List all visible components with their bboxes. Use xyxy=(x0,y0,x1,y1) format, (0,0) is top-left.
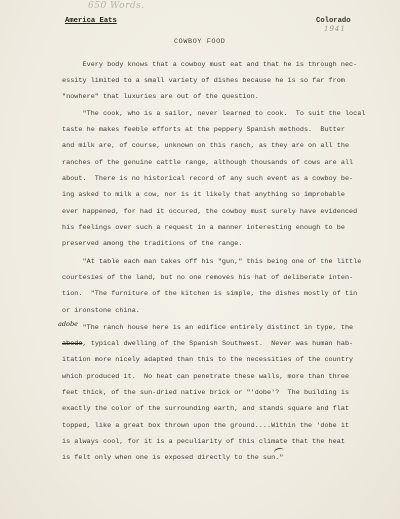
text-line: and milk are, of course, unknown on this… xyxy=(62,142,349,150)
text-line: is always cool, for it is a peculiarity … xyxy=(62,438,345,446)
header-state: Colorado xyxy=(316,17,351,25)
text-line: tion. "The furniture of the kitchen is s… xyxy=(62,290,357,298)
text-line: abode, typical dwelling of the Spanish S… xyxy=(62,340,353,348)
text-line: which produced it. No heat can penetrate… xyxy=(62,373,349,381)
text-line: Every body knows that a cowboy must eat … xyxy=(62,61,357,69)
struck-word: abode xyxy=(62,340,83,348)
text-line: topped, like a great box thrown upon the… xyxy=(62,422,349,430)
text-line: or ironstone china. xyxy=(62,307,140,315)
document-title: COWBOY FOOD xyxy=(174,38,225,46)
text-line: about. There is no historical record of … xyxy=(62,175,353,183)
handwritten-year: 1941 xyxy=(324,25,346,33)
document-page: 650 Words. America Eats Colorado 1941 CO… xyxy=(0,0,400,519)
header-series-title: America Eats xyxy=(65,17,117,25)
text-line: ever happened, for had it occured, the c… xyxy=(62,208,357,216)
text-line: ranches of the genuine cattle range, alt… xyxy=(62,159,353,167)
text-line: "At table each man takes off his "gun," … xyxy=(62,258,361,266)
text-line: ing asked to milk a cow, nor is it likel… xyxy=(62,191,345,199)
text-line: his feelings over such a request in a ma… xyxy=(62,224,345,232)
text-line: essity limited to a small variety of dis… xyxy=(62,77,345,85)
text-line: feet thick, of the sun-dried native bric… xyxy=(62,389,349,397)
text-line: itation more nicely adapted than this to… xyxy=(62,356,353,364)
text-line: courtesies of the land, but no one remov… xyxy=(62,274,353,282)
text-line: "The cook, who is a sailor, never learne… xyxy=(62,110,365,118)
text-line-rest: , typical dwelling of the Spanish Southw… xyxy=(83,340,354,348)
text-line: "The ranch house here is an edifice enti… xyxy=(62,324,353,332)
handwritten-word-count: 650 Words. xyxy=(88,1,145,11)
text-line: preserved among the traditions of the ra… xyxy=(62,240,242,248)
text-line: "nowhere" that luxuries are out of the q… xyxy=(62,93,259,101)
text-line: taste he makes feeble efforts at the pep… xyxy=(62,126,345,134)
text-line: is felt only when one is exposed directl… xyxy=(62,454,283,462)
text-line: exactly the color of the surrounding ear… xyxy=(62,405,349,413)
handwritten-insertion: adobe xyxy=(58,320,78,328)
